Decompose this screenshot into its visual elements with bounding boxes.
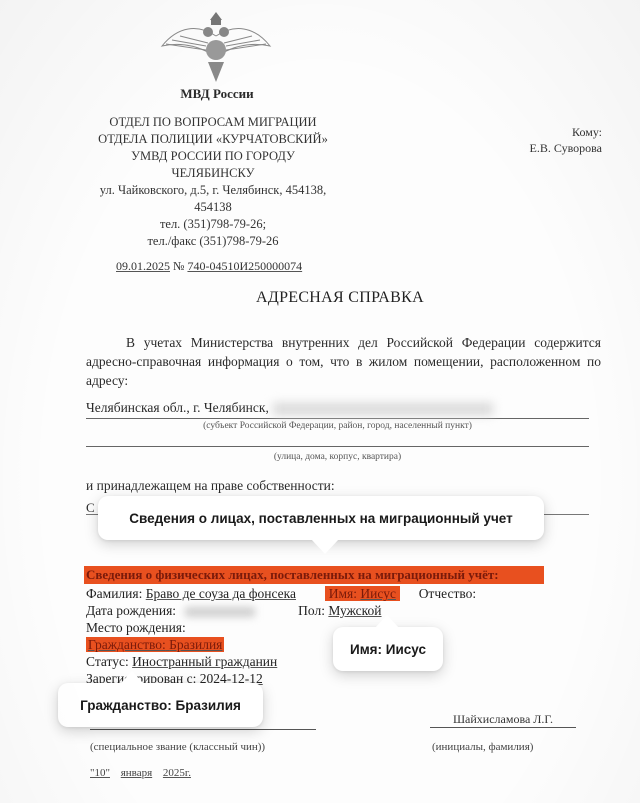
rank-signature-line: [90, 727, 316, 730]
org-line: ОТДЕЛА ПОЛИЦИИ «КУРЧАТОВСКИЙ»: [62, 131, 364, 148]
document-title: АДРЕСНАЯ СПРАВКА: [256, 289, 424, 307]
org-phone: тел. (351)798-79-26;: [62, 216, 364, 233]
recipient-label: Кому:: [500, 124, 602, 140]
callout-section: Сведения о лицах, поставленных на миграц…: [98, 496, 544, 540]
rank-caption: (специальное звание (классный чин)): [90, 741, 265, 753]
org-fax: тел./факс (351)798-79-26: [62, 233, 364, 250]
org-line: УМВД РОССИИ ПО ГОРОДУ: [62, 148, 364, 165]
callout-citizenship: Гражданство: Бразилия: [58, 683, 263, 727]
date-day: "10": [90, 767, 110, 779]
name-highlighted: Имя: Иисус: [325, 586, 400, 601]
callout-name-text: Имя: Иисус: [350, 642, 426, 657]
date-year: 2025г.: [163, 767, 191, 779]
citizenship-label: Гражданство:: [88, 637, 166, 652]
street-line: [86, 444, 589, 447]
organization-block: ОТДЕЛ ПО ВОПРОСАМ МИГРАЦИИ ОТДЕЛА ПОЛИЦИ…: [62, 114, 364, 250]
citizenship-highlighted: Гражданство: Бразилия: [86, 637, 224, 652]
status-value: Иностранный гражданин: [132, 654, 277, 669]
address-caption-street: (улица, дома, корпус, квартира): [86, 452, 589, 462]
date-month: января: [121, 767, 152, 779]
intro-paragraph: В учетах Министерства внутренних дел Рос…: [86, 333, 601, 390]
org-line: ЧЕЛЯБИНСКУ: [62, 165, 364, 182]
reference-line: 09.01.2025 № 740-04510И250000074: [116, 259, 302, 274]
reference-date: 09.01.2025: [116, 259, 170, 273]
surname-value: Браво де соуза да фонсека: [146, 586, 296, 601]
recipient-block: Кому: Е.В. Суворова: [500, 124, 602, 156]
name-label: Имя:: [329, 586, 357, 601]
citizenship-value: Бразилия: [169, 637, 222, 652]
dob-label: Дата рождения:: [86, 603, 176, 618]
recipient-name: Е.В. Суворова: [500, 140, 602, 156]
section-title-highlighted: Сведения о физических лицах, поставленны…: [84, 566, 544, 584]
birthplace-row: Место рождения:: [86, 619, 186, 636]
redacted-address: [273, 403, 493, 415]
sex-value: Мужской: [328, 603, 381, 618]
reference-number: 740-04510И250000074: [187, 259, 302, 273]
dob-row: Дата рождения: Пол: Мужской: [86, 602, 382, 619]
status-label: Статус:: [86, 654, 129, 669]
address-caption-region: (субъект Российской Федерации, район, го…: [86, 421, 589, 431]
patronymic-label: Отчество:: [419, 586, 476, 601]
address-line: Челябинская обл., г. Челябинск,: [86, 400, 589, 419]
name-value: Иисус: [360, 586, 396, 601]
surname-label: Фамилия:: [86, 586, 142, 601]
ownership-value: С: [86, 500, 95, 515]
name-signature-line: [430, 725, 576, 728]
surname-row: Фамилия: Браво де соуза да фонсека Имя: …: [86, 585, 476, 602]
citizenship-row: Гражданство: Бразилия: [86, 636, 224, 653]
sex-label: Пол:: [298, 603, 325, 618]
callout-name: Имя: Иисус: [333, 627, 443, 671]
callout-section-text: Сведения о лицах, поставленных на миграц…: [129, 511, 512, 526]
intro-text: В учетах Министерства внутренних дел Рос…: [86, 335, 601, 388]
address-value: Челябинская обл., г. Челябинск,: [86, 400, 269, 415]
mvd-eagle-emblem-icon: [158, 6, 274, 86]
initials-caption: (инициалы, фамилия): [432, 741, 533, 753]
status-row: Статус: Иностранный гражданин: [86, 653, 277, 670]
org-postcode: 454138: [62, 199, 364, 216]
redacted-dob: [185, 607, 255, 617]
birthplace-label: Место рождения:: [86, 620, 186, 635]
org-line: ОТДЕЛ ПО ВОПРОСАМ МИГРАЦИИ: [62, 114, 364, 131]
ownership-label: и принадлежащем на праве собственности:: [86, 478, 335, 494]
issue-date: "10" января 2025г.: [90, 767, 199, 779]
ministry-name: МВД России: [150, 86, 284, 102]
org-address: ул. Чайковского, д.5, г. Челябинск, 4541…: [62, 182, 364, 199]
callout-citizenship-text: Гражданство: Бразилия: [80, 698, 241, 713]
reference-no-label: №: [173, 259, 184, 273]
